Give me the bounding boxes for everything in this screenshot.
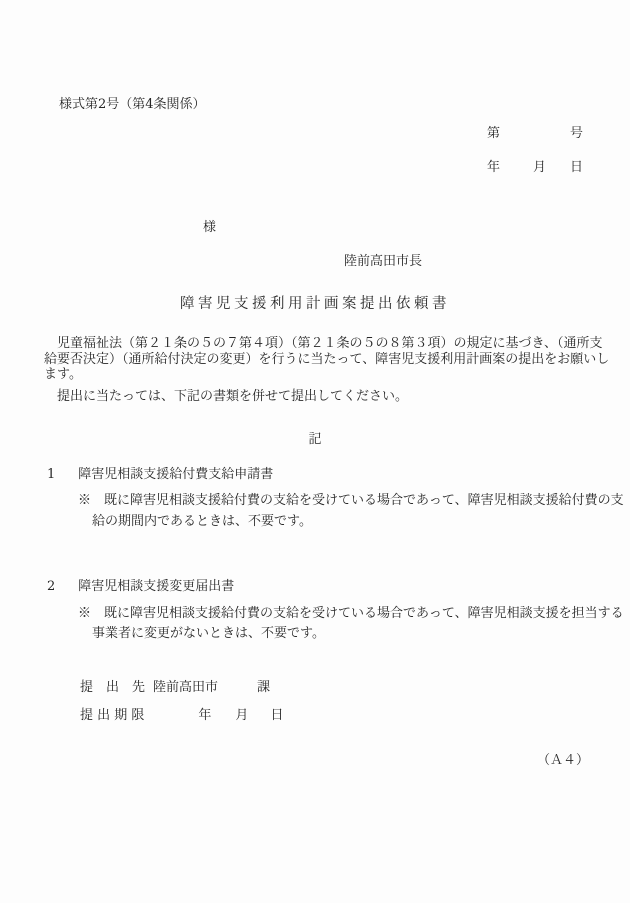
item-2-label: 障害児相談支援変更届出書 — [78, 579, 234, 594]
item-2: 2障害児相談支援変更届出書 — [47, 575, 234, 594]
doc-number-prefix: 第 — [487, 126, 500, 141]
body-line: 給要否決定）（通所給付決定の変更）を行うに当たって、障害児支援利用計画案の提出を… — [44, 352, 609, 368]
doc-number-line: 第号 — [487, 122, 583, 141]
item-1-note-line: 給の期間内であるときは、不要です。 — [92, 511, 624, 532]
addressee-suffix: 様 — [203, 216, 216, 235]
item-1: 1障害児相談支援給付費支給申請書 — [47, 463, 273, 482]
item-2-number: 2 — [47, 579, 55, 594]
submit-to-city: 陸前高田市 — [153, 680, 218, 695]
ki-marker: 記 — [0, 428, 630, 447]
item-1-note-line: ※ 既に障害児相談支援給付費の支給を受けている場合であって、障害児相談支援給付費… — [78, 490, 624, 511]
body-line: ます。 — [44, 367, 609, 383]
paper-size-note: （Ａ４） — [537, 749, 589, 768]
body-line: 児童福祉法（第２１条の５の７第４項）（第２１条の５の８第３項）の規定に基づき、（… — [44, 336, 609, 352]
submit-to-line: 提 出 先陸前高田市課 — [80, 676, 270, 695]
doc-date-line: 年月日 — [487, 156, 583, 175]
item-2-note-line: 事業者に変更がないときは、不要です。 — [92, 624, 624, 644]
body-paragraph: 児童福祉法（第２１条の５の７第４項）（第２１条の５の８第３項）の規定に基づき、（… — [44, 336, 609, 383]
deadline-line: 提 出 期 限年月日 — [80, 704, 283, 723]
sender-name: 陸前高田市長 — [344, 250, 422, 269]
form-number: 様式第2号（第4条関係） — [59, 93, 206, 112]
submit-to-label: 提 出 先 — [80, 680, 145, 695]
item-2-note: ※ 既に障害児相談支援給付費の支給を受けている場合であって、障害児相談支援を担当… — [78, 604, 624, 644]
doc-date-day: 日 — [570, 160, 583, 175]
item-1-note: ※ 既に障害児相談支援給付費の支給を受けている場合であって、障害児相談支援給付費… — [78, 490, 624, 532]
item-1-number: 1 — [47, 467, 55, 482]
item-2-note-line: ※ 既に障害児相談支援給付費の支給を受けている場合であって、障害児相談支援を担当… — [78, 604, 624, 624]
deadline-year: 年 — [198, 708, 211, 723]
doc-number-suffix: 号 — [570, 126, 583, 141]
submit-to-dept: 課 — [257, 680, 270, 695]
doc-date-month: 月 — [533, 160, 546, 175]
deadline-day: 日 — [270, 708, 283, 723]
deadline-month: 月 — [235, 708, 248, 723]
doc-date-year: 年 — [487, 160, 500, 175]
item-1-label: 障害児相談支援給付費支給申請書 — [78, 467, 273, 482]
document-title: 障害児支援利用計画案提出依頼書 — [0, 292, 630, 313]
body-sentence: 提出に当たっては、下記の書類を併せて提出してください。 — [44, 385, 408, 404]
document-page: 様式第2号（第4条関係） 第号 年月日 様 陸前高田市長 障害児支援利用計画案提… — [0, 0, 630, 903]
deadline-label: 提 出 期 限 — [80, 708, 144, 723]
